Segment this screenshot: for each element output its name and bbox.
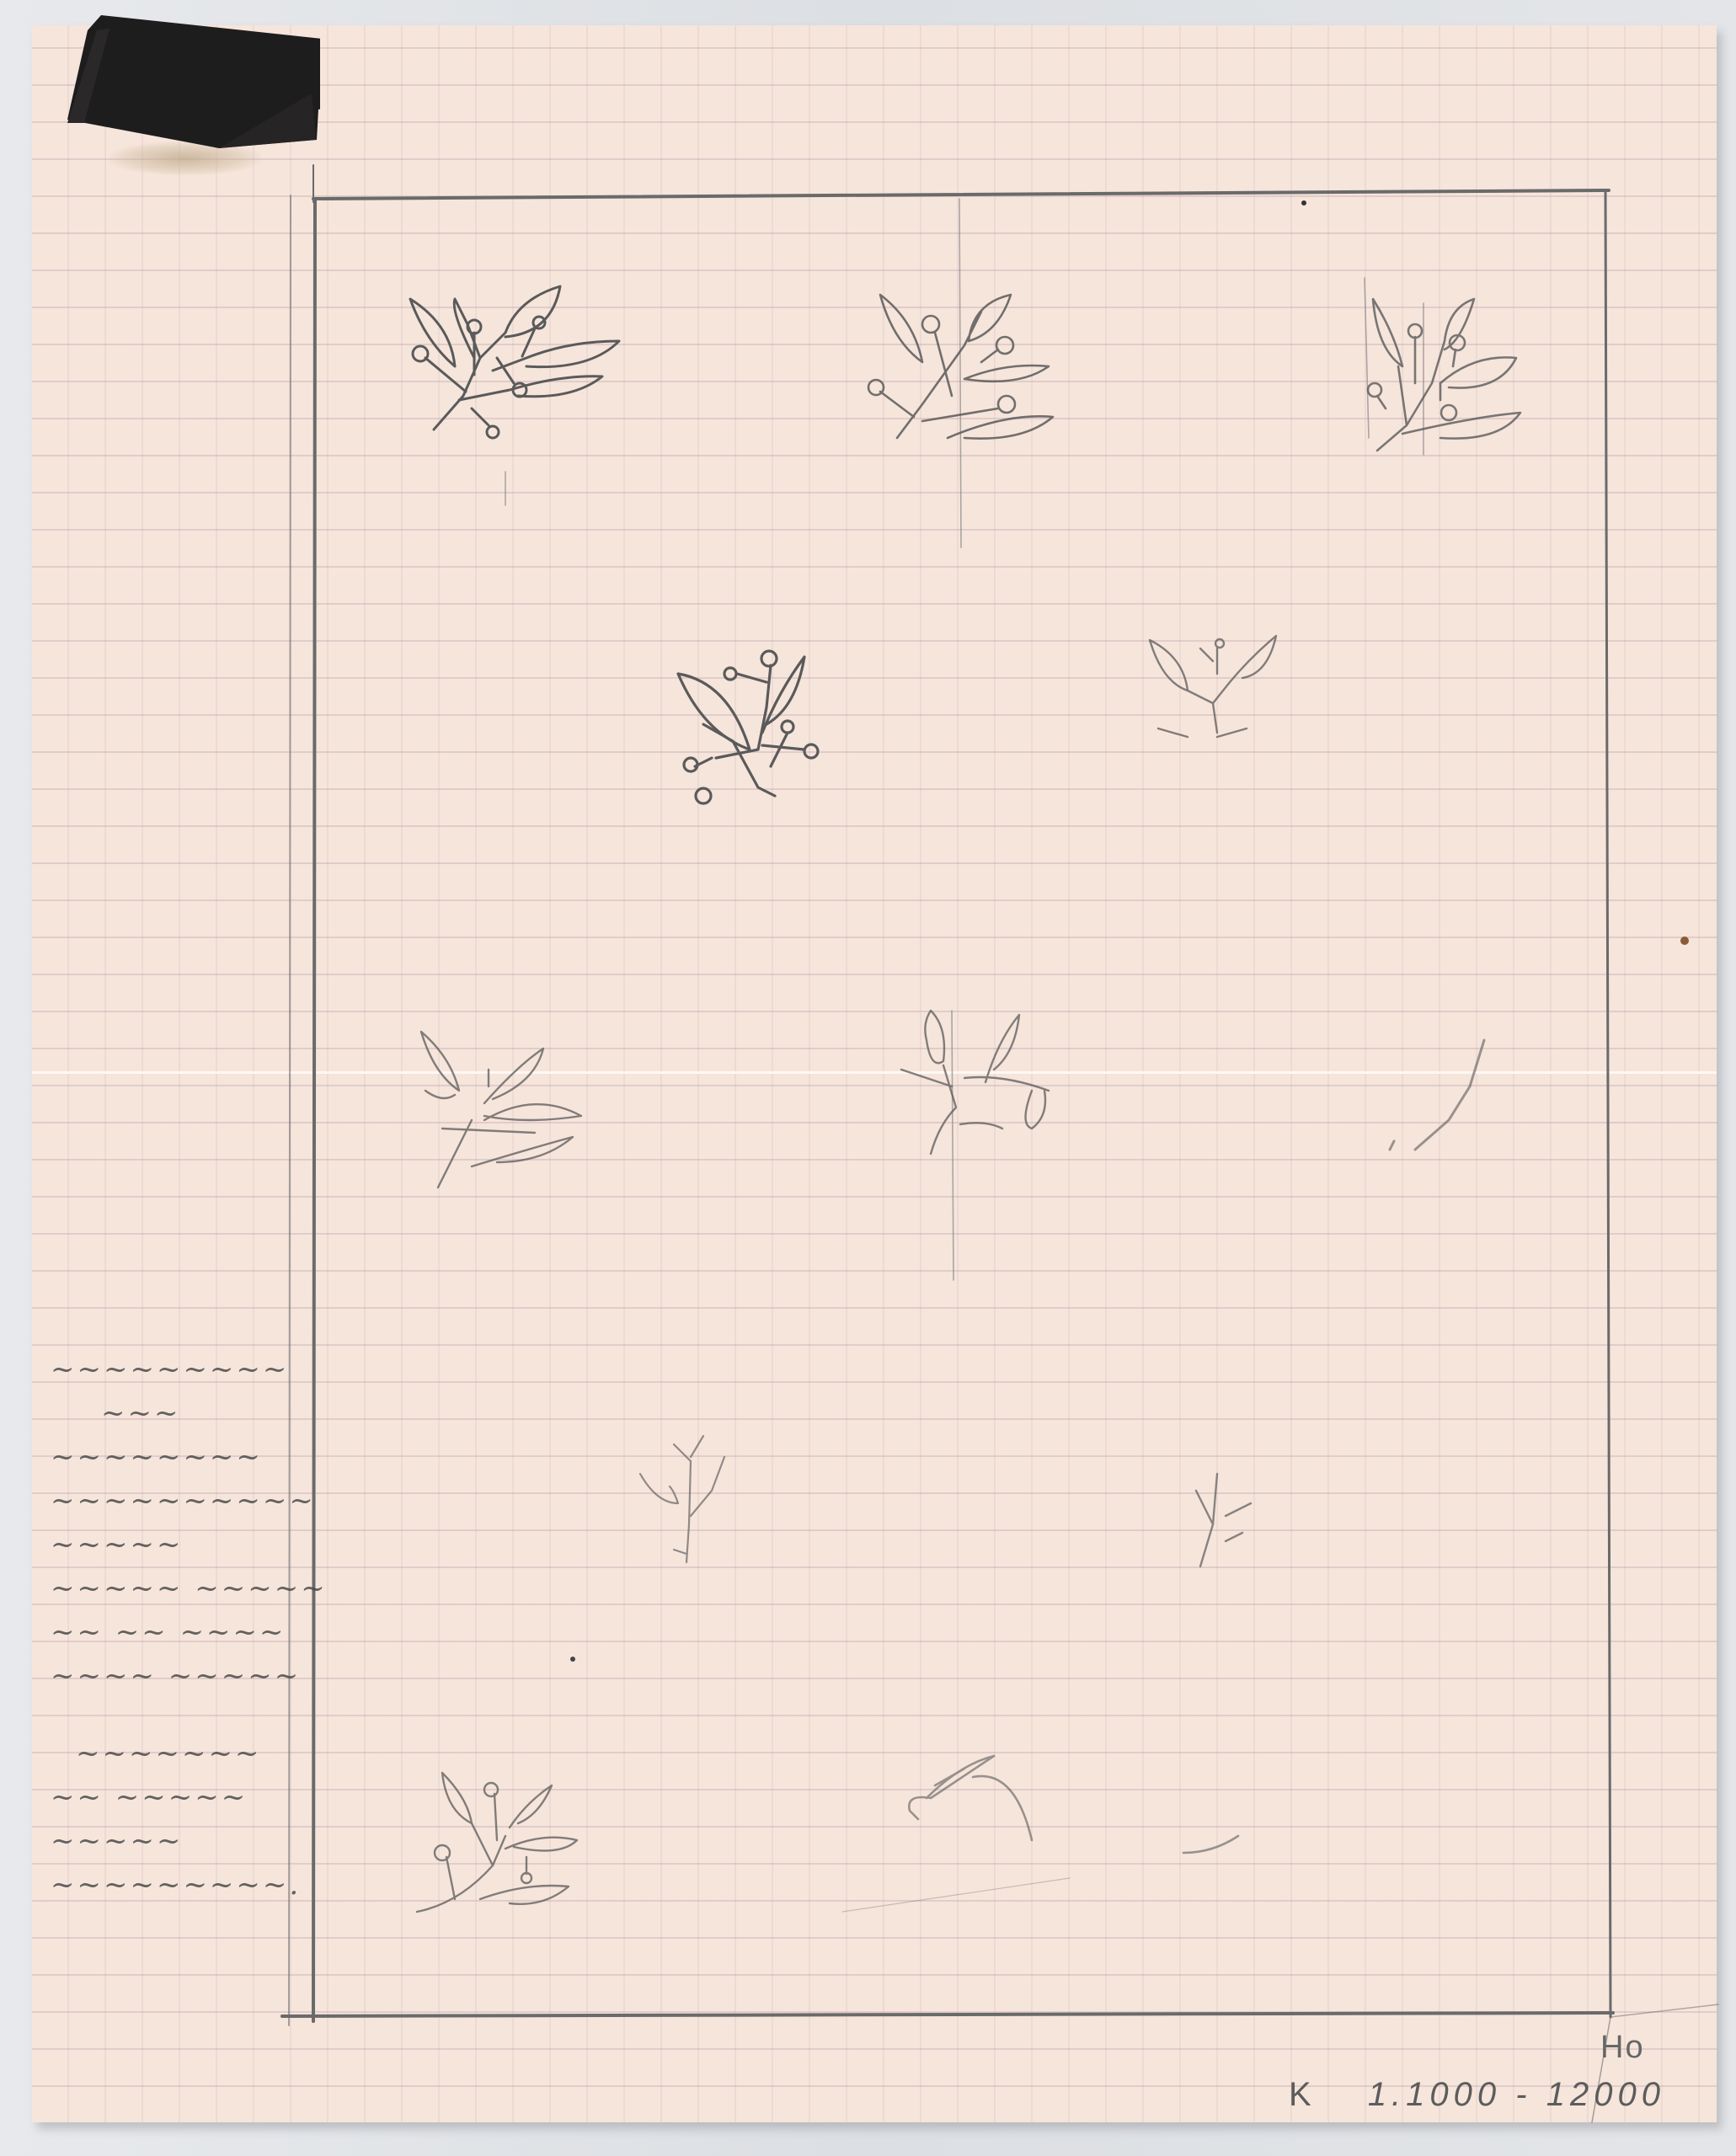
sprig-sketch xyxy=(421,1032,581,1187)
note-line: ~~~~~~~ xyxy=(51,1732,303,1775)
margin-handwritten-notes: ~~~~~~~~~ ~~~ ~~~~~~~~ ~~~~~~~~~~ ~~~~~ … xyxy=(51,1347,303,1907)
note-line: ~~~~~ xyxy=(51,1523,303,1566)
sprig-sketch xyxy=(640,1436,724,1562)
sprig-sketch xyxy=(417,1773,577,1912)
note-line: ~~~~~ xyxy=(51,1819,303,1863)
sprig-sketch xyxy=(410,286,619,438)
sprig-sketch xyxy=(1150,636,1276,737)
sprig-sketch xyxy=(1368,299,1520,451)
note-line: ~~~~~~~~~~ xyxy=(51,1479,303,1523)
archive-number: K 1.1000 - 12000 xyxy=(1289,2076,1665,2114)
note-line: ~~ ~~~~~ xyxy=(51,1775,303,1819)
sprig-sketch xyxy=(901,1011,1049,1154)
note-line: ~~~~ ~~~~~ xyxy=(51,1654,303,1698)
stroke-sketch xyxy=(909,1756,1032,1840)
note-line: ~~ ~~ ~~~~ xyxy=(51,1610,303,1654)
design-frame xyxy=(282,165,1718,2122)
sprig-sketch xyxy=(678,651,818,803)
stroke-sketch xyxy=(1390,1040,1484,1150)
note-gap xyxy=(51,1698,303,1732)
sprig-sketch xyxy=(1196,1474,1251,1566)
note-line: ~~~ xyxy=(51,1391,303,1435)
note-line: ~~~~~~~~~. xyxy=(51,1863,303,1907)
note-line: ~~~~~~~~ xyxy=(51,1435,303,1479)
archive-prefix: K xyxy=(1289,2076,1317,2113)
archive-range: 1.1000 - 12000 xyxy=(1368,2076,1665,2113)
note-line: ~~~~~~~~~ xyxy=(51,1347,303,1391)
archivist-initials: Ho xyxy=(1600,2030,1645,2066)
note-line: ~~~~~ ~~~~~ xyxy=(51,1566,303,1610)
stroke-sketch xyxy=(1183,1836,1238,1853)
